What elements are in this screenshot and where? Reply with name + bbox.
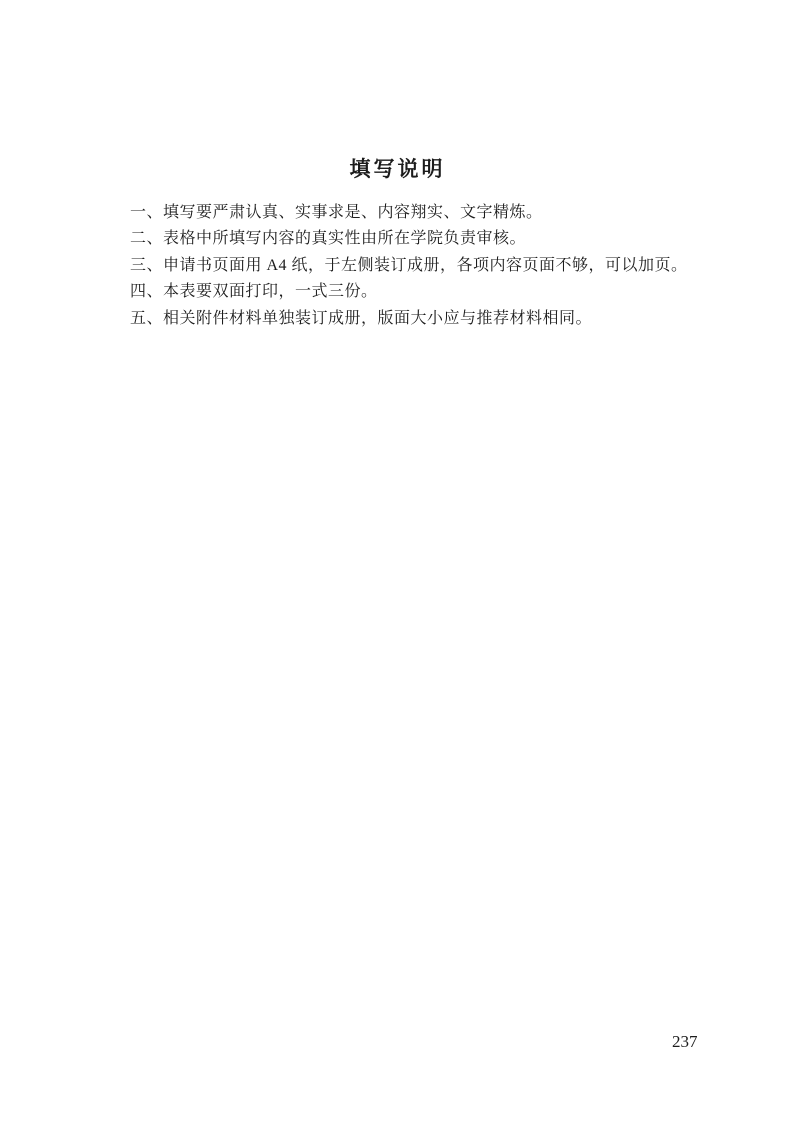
instruction-item-1: 一、填写要严肃认真、实事求是、内容翔实、文字精炼。 — [130, 200, 690, 226]
document-page: 填写说明 一、填写要严肃认真、实事求是、内容翔实、文字精炼。 二、表格中所填写内… — [0, 0, 795, 1124]
page-title: 填写说明 — [0, 153, 795, 183]
instructions-list: 一、填写要严肃认真、实事求是、内容翔实、文字精炼。 二、表格中所填写内容的真实性… — [130, 200, 690, 332]
instruction-item-3: 三、申请书页面用 A4 纸，于左侧装订成册，各项内容页面不够，可以加页。 — [130, 253, 690, 279]
instruction-item-4: 四、本表要双面打印，一式三份。 — [130, 279, 690, 305]
instruction-item-5: 五、相关附件材料单独装订成册，版面大小应与推荐材料相同。 — [130, 306, 690, 332]
instruction-item-2: 二、表格中所填写内容的真实性由所在学院负责审核。 — [130, 226, 690, 252]
page-number: 237 — [672, 1032, 698, 1052]
